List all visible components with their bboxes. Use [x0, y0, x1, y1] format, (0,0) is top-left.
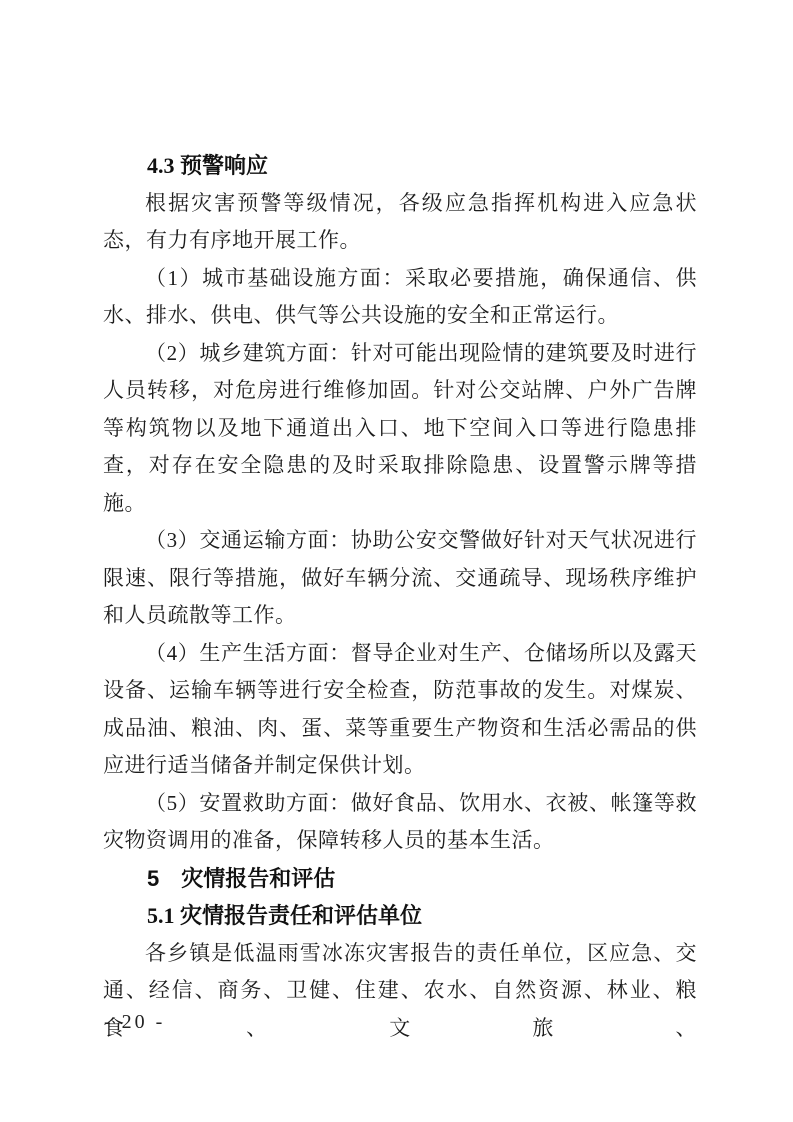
paragraph-warning-response-intro: 根据灾害预警等级情况，各级应急指挥机构进入应急状态，有力有序地开展工作。 — [103, 185, 697, 260]
paragraph-disaster-report-responsibility: 各乡镇是低温雨雪冰冻灾害报告的责任单位，区应急、交通、经信、商务、卫健、住建、农… — [103, 935, 697, 1048]
paragraph-item-3-transportation: （3）交通运输方面：协助公安交警做好针对天气状况进行限速、限行等措施，做好车辆分… — [103, 522, 697, 635]
section-heading-5-1: 5.1 灾情报告责任和评估单位 — [103, 897, 697, 935]
section-heading-5: 5 灾情报告和评估 — [103, 860, 697, 898]
paragraph-item-2-urban-rural-buildings: （2）城乡建筑方面：针对可能出现险情的建筑要及时进行人员转移，对危房进行维修加固… — [103, 335, 697, 523]
section-heading-4-3: 4.3 预警响应 — [103, 147, 697, 185]
document-page: 4.3 预警响应 根据灾害预警等级情况，各级应急指挥机构进入应急状态，有力有序地… — [0, 0, 793, 1122]
page-number: - 20 - — [104, 1011, 165, 1034]
document-content: 4.3 预警响应 根据灾害预警等级情况，各级应急指挥机构进入应急状态，有力有序地… — [103, 147, 697, 1047]
paragraph-item-4-production-life: （4）生产生活方面：督导企业对生产、仓储场所以及露天设备、运输车辆等进行安全检查… — [103, 635, 697, 785]
paragraph-item-5-resettlement-relief: （5）安置救助方面：做好食品、饮用水、衣被、帐篷等救灾物资调用的准备，保障转移人… — [103, 785, 697, 860]
paragraph-item-1-city-infrastructure: （1）城市基础设施方面：采取必要措施，确保通信、供水、排水、供电、供气等公共设施… — [103, 260, 697, 335]
